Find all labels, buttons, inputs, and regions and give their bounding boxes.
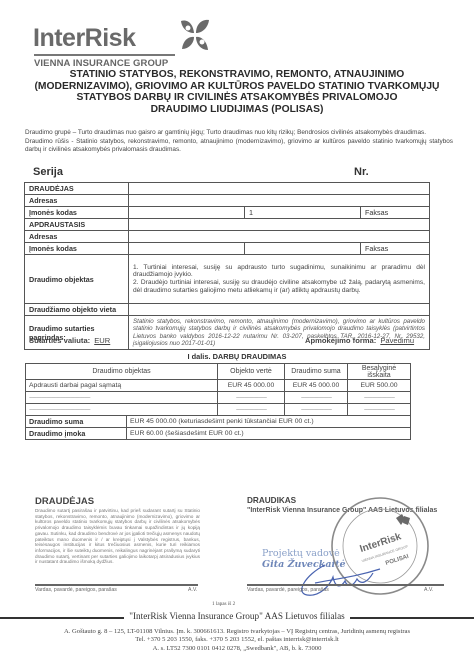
column-header: Besąlyginė išskaita xyxy=(348,364,411,380)
insured-fax-label: Faksas xyxy=(361,243,430,255)
insured-phone-value xyxy=(245,243,361,255)
cell-object: Apdrausti darbai pagal sąmatą xyxy=(26,380,218,392)
currency-label: Sutarties valiuta: xyxy=(29,336,90,345)
seal-label: A.V. xyxy=(188,587,197,593)
policyholder-declaration: Draudimo sutartį pasirašau ir patvirtinu… xyxy=(35,508,200,565)
table-row: Draudimo suma EUR 45 000.00 (keturiasdeš… xyxy=(26,416,411,428)
footer-address: A. Goštauto g. 8 – 125, LT-01108 Vilnius… xyxy=(0,628,474,653)
table-row: Draudimo įmoka EUR 60.00 (šešiasdešimt E… xyxy=(26,428,411,440)
signature-line xyxy=(247,584,444,586)
table-row: Įmonės kodas 1 Faksas xyxy=(25,207,430,219)
company-code-label: Įmonės kodas xyxy=(25,207,129,219)
fax-label: Faksas xyxy=(361,207,430,219)
company-logo: InterRisk VIENNA INSURANCE GROUP xyxy=(33,10,183,62)
signature-caption: Vardas, pavardė, pareigos, parašas xyxy=(247,587,329,593)
table-header-row: Draudimo objektas Objekto vertė Draudimo… xyxy=(26,364,411,380)
company-code-value xyxy=(129,207,245,219)
cell-insured-sum: ------------------------ xyxy=(285,392,348,404)
insurance-intro: Draudimo grupė – Turto draudimas nuo gai… xyxy=(25,129,453,155)
contract-currency: Sutarties valiuta:EUR xyxy=(29,336,110,345)
currency-value: EUR xyxy=(94,336,110,345)
cell-object-value: ------------------------ xyxy=(218,392,285,404)
insurer-value xyxy=(129,183,430,195)
footer-line: A. Goštauto g. 8 – 125, LT-01108 Vilnius… xyxy=(0,628,474,636)
seal-label: A.V. xyxy=(424,587,433,593)
payment-value: Pavedimu xyxy=(380,336,414,345)
insurer-title: DRAUDIKAS xyxy=(247,496,296,505)
cell-insured-sum: ------------------------ xyxy=(285,404,348,416)
section-title: I dalis. DARBŲ DRAUDIMAS xyxy=(0,352,474,361)
parties-table: DRAUDĖJAS Adresas Įmonės kodas 1 Faksas … xyxy=(24,182,430,350)
signature-scribble-icon xyxy=(285,555,385,600)
object-location-label: Draudžiamo objekto vieta xyxy=(25,304,129,316)
cell-object-value: EUR 45 000.00 xyxy=(218,380,285,392)
insurance-object-item: 2. Draudėjo turtiniai interesai, susiję … xyxy=(133,279,425,294)
policyholder-title: DRAUDĖJAS xyxy=(35,496,94,507)
insured-company-code-value xyxy=(129,243,245,255)
works-insurance-table: Draudimo objektas Objekto vertė Draudimo… xyxy=(25,363,411,440)
page-indicator: 1 lapas iš 2 xyxy=(212,601,235,607)
cell-deductible: ------------------------ xyxy=(348,392,411,404)
object-location-value xyxy=(129,304,430,316)
table-row: Adresas xyxy=(25,231,430,243)
table-row: ----------------------------------------… xyxy=(26,404,411,416)
document-title: STATINIO STATYBOS, REKONSTRAVIMO, REMONT… xyxy=(0,69,474,115)
table-row: DRAUDĖJAS xyxy=(25,183,430,195)
address-value xyxy=(129,195,430,207)
cell-object: ----------------------------------------… xyxy=(26,392,218,404)
signature-caption: Vardas, pavardė, pareigos, parašas xyxy=(35,587,117,593)
insurance-object-label: Draudimo objektas xyxy=(25,255,129,304)
insured-address-value xyxy=(129,231,430,243)
table-row: APDRAUSTASIS xyxy=(25,219,430,231)
title-line: STATYBOS DARBŲ IR CIVILINĖS ATSAKOMYBĖS … xyxy=(0,92,474,104)
cell-deductible: EUR 500.00 xyxy=(348,380,411,392)
column-header: Draudimo suma xyxy=(285,364,348,380)
cell-object-value: ------------------------ xyxy=(218,404,285,416)
footer-company-name: "InterRisk Vienna Insurance Group" AAS L… xyxy=(124,611,350,621)
cell-object: ----------------------------------------… xyxy=(26,404,218,416)
premium-value: EUR 60.00 (šešiasdešimt EUR 00 ct.) xyxy=(127,428,411,440)
insured-value xyxy=(129,219,430,231)
logo-divider xyxy=(34,54,175,56)
number-label: Nr. xyxy=(354,166,369,178)
table-row: Draudžiamo objekto vieta xyxy=(25,304,430,316)
cell-insured-sum: EUR 45 000.00 xyxy=(285,380,348,392)
insurance-object-value: 1. Turtiniai interesai, susiję su apdrau… xyxy=(129,255,430,304)
title-line: DRAUDIMO LIUDIJIMAS (POLISAS) xyxy=(0,104,474,116)
table-row: ----------------------------------------… xyxy=(26,392,411,404)
title-line: STATINIO STATYBOS, REKONSTRAVIMO, REMONT… xyxy=(0,69,474,81)
column-header: Objekto vertė xyxy=(218,364,285,380)
logo-subtitle: VIENNA INSURANCE GROUP xyxy=(34,58,168,69)
insured-sum-value: EUR 45 000.00 (keturiasdešimt penki tūks… xyxy=(127,416,411,428)
insurer-label: DRAUDĖJAS xyxy=(25,183,129,195)
footer-company: "InterRisk Vienna Insurance Group" AAS L… xyxy=(0,611,474,621)
table-row: Apdrausti darbai pagal sąmatą EUR 45 000… xyxy=(26,380,411,392)
insured-company-code-label: Įmonės kodas xyxy=(25,243,129,255)
payment-label: Apmokėjimo forma: xyxy=(305,336,376,345)
insured-label: APDRAUSTASIS xyxy=(25,219,129,231)
title-line: (MODERNIZAVIMO), GRIOVIMO AR KULTŪROS PA… xyxy=(0,81,474,93)
insurance-group-text: Draudimo grupė – Turto draudimas nuo gai… xyxy=(25,129,453,137)
address-label: Adresas xyxy=(25,195,129,207)
insured-sum-label: Draudimo suma xyxy=(26,416,127,428)
premium-label: Draudimo įmoka xyxy=(26,428,127,440)
series-label: Serija xyxy=(33,166,63,178)
butterfly-icon xyxy=(178,18,212,52)
payment-form: Apmokėjimo forma:Pavedimu xyxy=(305,336,414,345)
cell-deductible: ------------------------ xyxy=(348,404,411,416)
svg-text:POLISAI: POLISAI xyxy=(385,554,410,567)
table-row: Įmonės kodas Faksas xyxy=(25,243,430,255)
insured-address-label: Adresas xyxy=(25,231,129,243)
table-row: Adresas xyxy=(25,195,430,207)
footer-line: Tel. +370 5 203 1550, faks. +370 5 203 1… xyxy=(0,636,474,644)
logo-brand: InterRisk xyxy=(33,24,135,53)
insurance-type-text: Draudimo rūšis - Statinio statybos, reko… xyxy=(25,138,453,154)
column-header: Draudimo objektas xyxy=(26,364,218,380)
footer-line: A. s. LT52 7300 0101 0412 0278, „Swedban… xyxy=(0,645,474,653)
table-row: Draudimo objektas 1. Turtiniai interesai… xyxy=(25,255,430,304)
phone-value: 1 xyxy=(245,207,361,219)
signature-line xyxy=(35,584,198,586)
insurance-object-item: 1. Turtiniai interesai, susiję su apdrau… xyxy=(133,264,425,279)
